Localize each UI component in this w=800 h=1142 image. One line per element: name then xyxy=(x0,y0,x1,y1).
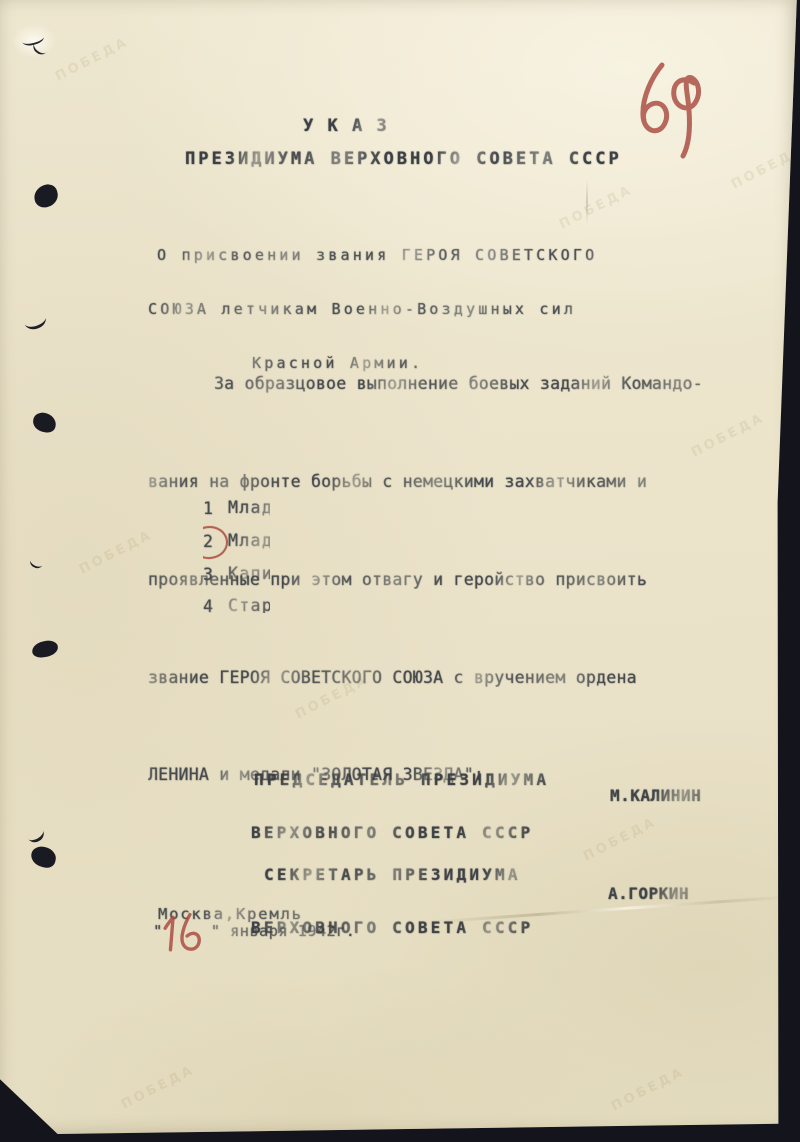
watermark: ПОБЕДА xyxy=(609,1065,687,1115)
signature-name-kalinin: М.КАЛИНИН xyxy=(610,786,701,805)
paper-sheet: ПОБЕДА ПОБЕДА ПОБЕДА ПОБЕДА ПОБЕДА ПОБЕД… xyxy=(0,0,800,1142)
decree-subtitle: ПРЕЗИДИУМА ВЕРХОВНОГО СОВЕТА СССР xyxy=(185,149,622,169)
body-line: вания на фронте борьбы с немецкими захва… xyxy=(148,466,703,499)
document-title: У К А З xyxy=(303,116,389,136)
watermark: ПОБЕДА xyxy=(53,35,131,85)
recipient-list: 1 Младшему лейтенанту ГРАЧЕВУ Ивану Петр… xyxy=(203,499,270,613)
watermark: ПОБЕДА xyxy=(119,1063,197,1113)
signature-title-line: СЕКРЕТАРЬ ПРЕЗИДИУМА xyxy=(251,866,533,884)
hole-punch xyxy=(31,639,59,658)
body-line: звание ГЕРОЯ СОВЕТСКОГО СОЮЗА с вручение… xyxy=(148,662,703,695)
hole-punch xyxy=(24,824,46,845)
scanned-document: ПОБЕДА ПОБЕДА ПОБЕДА ПОБЕДА ПОБЕДА ПОБЕД… xyxy=(0,0,800,1142)
handwritten-page-number: 69 xyxy=(622,55,722,165)
hole-punch xyxy=(28,555,44,570)
hole-punch xyxy=(22,309,48,332)
watermark: ПОБЕДА xyxy=(77,528,155,578)
signature-title-secretary: СЕКРЕТАРЬ ПРЕЗИДИУМА ВЕРХОВНОГО СОВЕТА С… xyxy=(251,831,533,971)
signature-name-gorkin: А.ГОРКИН xyxy=(608,884,689,903)
hole-punch xyxy=(29,844,58,869)
signature-title-line: ПРЕДСЕДАТЕЛЬ ПРЕЗИДИУМА xyxy=(251,771,549,789)
watermark: ПОБЕДА xyxy=(729,143,800,193)
body-line: За образцовое выполнение боевых заданий … xyxy=(148,368,703,401)
hole-punch xyxy=(32,411,58,434)
subject-line: О присвоении звания ГЕРОЯ СОВЕТСКОГО xyxy=(148,246,597,264)
recipient-number: 1 xyxy=(203,499,217,518)
hole-punch xyxy=(31,182,60,210)
recipient-number: 3 xyxy=(203,565,217,584)
handwritten-day-annotation: 16 xyxy=(154,907,221,963)
